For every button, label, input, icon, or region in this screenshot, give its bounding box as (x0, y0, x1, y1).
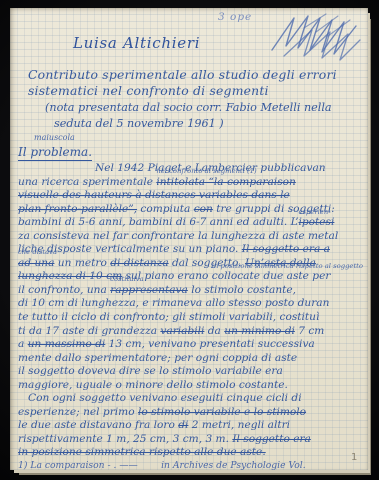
struck-text: plan fronto-parallèle”, (18, 203, 137, 215)
text-segment: mente dallo sperimentatore; per ogni cop… (18, 352, 297, 364)
title-line: Contributo sperimentale allo studio degl… (28, 67, 337, 83)
text-segment: 7 cm (295, 325, 324, 337)
text-segment: Con ogni soggetto venivano eseguiti cinq… (28, 392, 302, 404)
text-segment: le due aste distavano fra loro (18, 419, 178, 431)
page-number: 1 (351, 452, 357, 463)
manuscript-line: za consisteva nel far confrontare la lun… (18, 230, 366, 244)
manuscript-line: rispettivamente 1 m, 25 cm, 3 cm, 3 m. I… (18, 433, 366, 447)
section-heading: Il problema. (18, 145, 92, 159)
text-segment: una ricerca sperimentale (18, 176, 156, 188)
text-segment: il soggetto doveva dire se lo stimolo va… (18, 365, 283, 377)
struck-text: lo stimolo variabile e lo stimolo (138, 406, 306, 418)
struck-text: nel confronto di segmenti (1)intitolata … (156, 176, 295, 188)
text-segment: un metro (54, 257, 110, 269)
struck-text: di distanza (110, 257, 168, 269)
struck-text: Il soggetto era (232, 433, 311, 445)
text-segment: rispettivamente 1 m, 25 cm, 3 cm, 3 m. (18, 433, 232, 445)
manuscript-line: liche disposte verticalmente su un piano… (18, 243, 366, 257)
presentation-note: (nota presentata dal socio corr. Fabio M… (45, 100, 332, 131)
presentation-note-line: (nota presentata dal socio corr. Fabio M… (45, 100, 332, 116)
author-name: Luisa Altichieri (73, 34, 200, 52)
manuscript-line: in posizione simmetrica rispetto alle du… (18, 446, 366, 460)
text-segment: ti da 17 aste di grandezza (18, 325, 160, 337)
footnote: 1) La comparaison - . —— in Archives de … (18, 460, 306, 470)
text-segment: due aste per (260, 270, 330, 282)
manuscript-line: bambini di 5-6 anni, bambini di 6-7 anni… (18, 216, 366, 230)
manuscript-page: 3 ope Luisa Altichieri Contributo sperim… (10, 8, 368, 470)
manuscript-line: il confronto, una costituivarappresentav… (18, 284, 366, 298)
text-segment: il confronto, una (18, 284, 110, 296)
manuscript-line: una ricerca sperimentale nel confronto d… (18, 176, 366, 190)
struck-text: Il soggetto era a (242, 243, 330, 255)
manuscript-line: le due aste distavano fra loro di 2 metr… (18, 419, 366, 433)
text-segment: bambini di 5-6 anni, bambini di 6-7 anni… (18, 216, 298, 228)
presentation-note-line: seduta del 5 novembre 1961 ) (54, 116, 332, 132)
manuscript-line: mente dallo sperimentatore; per ogni cop… (18, 352, 366, 366)
photo-background: 3 ope Luisa Altichieri Contributo sperim… (0, 0, 379, 480)
text-segment: a (18, 338, 28, 350)
interline-insert: costituiva (110, 276, 143, 283)
struck-text: variabili (160, 325, 204, 337)
struck-text: in posizione simmetrica rispetto alle du… (18, 446, 266, 458)
section-heading-text: Il problema. (18, 145, 92, 161)
margin-correction-note: maiuscola (34, 133, 75, 142)
interline-insert: esperien- (298, 209, 330, 216)
text-segment: 13 cm, venivano presentati successiva (105, 338, 314, 350)
text-segment: lo stimolo costante, (188, 284, 296, 296)
manuscript-line: visuelle des hauteurs à distances variab… (18, 189, 366, 203)
text-segment: di 10 cm di lunghezza, e rimaneva allo s… (18, 297, 329, 309)
interline-insert: che distava (18, 249, 57, 256)
struck-text: che distavaad una (18, 257, 54, 269)
paper-title: Contributo sperimentale allo studio degl… (28, 67, 337, 99)
manuscript-line: te tutto il ciclo di confronto; gli stim… (18, 311, 366, 325)
top-annotation: 3 ope (218, 11, 252, 23)
struck-text: con (194, 203, 213, 215)
struck-text: visuelle des hauteurs à distances variab… (18, 189, 290, 201)
manuscript-line: il soggetto doveva dire se lo stimolo va… (18, 365, 366, 379)
manuscript-line: lunghezza di 10 cm sul piano erano in po… (18, 270, 366, 284)
text-segment: maggiore, uguale o minore dello stimolo … (18, 379, 288, 391)
struck-text: un massimo di (28, 338, 106, 350)
struck-text: esperien-ipotesi (298, 216, 334, 228)
interline-insert: nel confronto di segmenti (1) (156, 168, 256, 175)
manuscript-line: di 10 cm di lunghezza, e rimaneva allo s… (18, 297, 366, 311)
text-segment: 2 metri, negli altri (188, 419, 290, 431)
struck-text: di (178, 419, 188, 431)
manuscript-line: Con ogni soggetto venivano eseguiti cinq… (18, 392, 366, 406)
struck-text: lunghezza di 10 cm (18, 270, 122, 282)
body-lines: Nel 1942 Piaget e Lambercier pubblicavan… (18, 162, 366, 460)
manuscript-line: esperienze; nel primo lo stimolo variabi… (18, 406, 366, 420)
manuscript-line: a un massimo di 13 cm, venivano presenta… (18, 338, 366, 352)
text-segment: da (204, 325, 224, 337)
manuscript-line: ti da 17 aste di grandezza variabili da … (18, 325, 366, 339)
interline-insert: in posizione simmetrica rispetto al sogg… (212, 263, 363, 270)
text-segment: esperienze; nel primo (18, 406, 138, 418)
title-line: sistematici nel confronto di segmenti (28, 83, 337, 99)
struck-text: costituivarappresentava (110, 284, 188, 296)
text-segment: za consisteva nel far confrontare la lun… (18, 230, 338, 242)
text-segment: in posizione simmetrica rispetto al sogg… (212, 270, 260, 282)
crossed-out-scribble (268, 10, 364, 64)
manuscript-line: maggiore, uguale o minore dello stimolo … (18, 379, 366, 393)
text-segment: compiuta (137, 203, 194, 215)
struck-text: un minimo di (224, 325, 295, 337)
text-segment: te tutto il ciclo di confronto; gli stim… (18, 311, 319, 323)
